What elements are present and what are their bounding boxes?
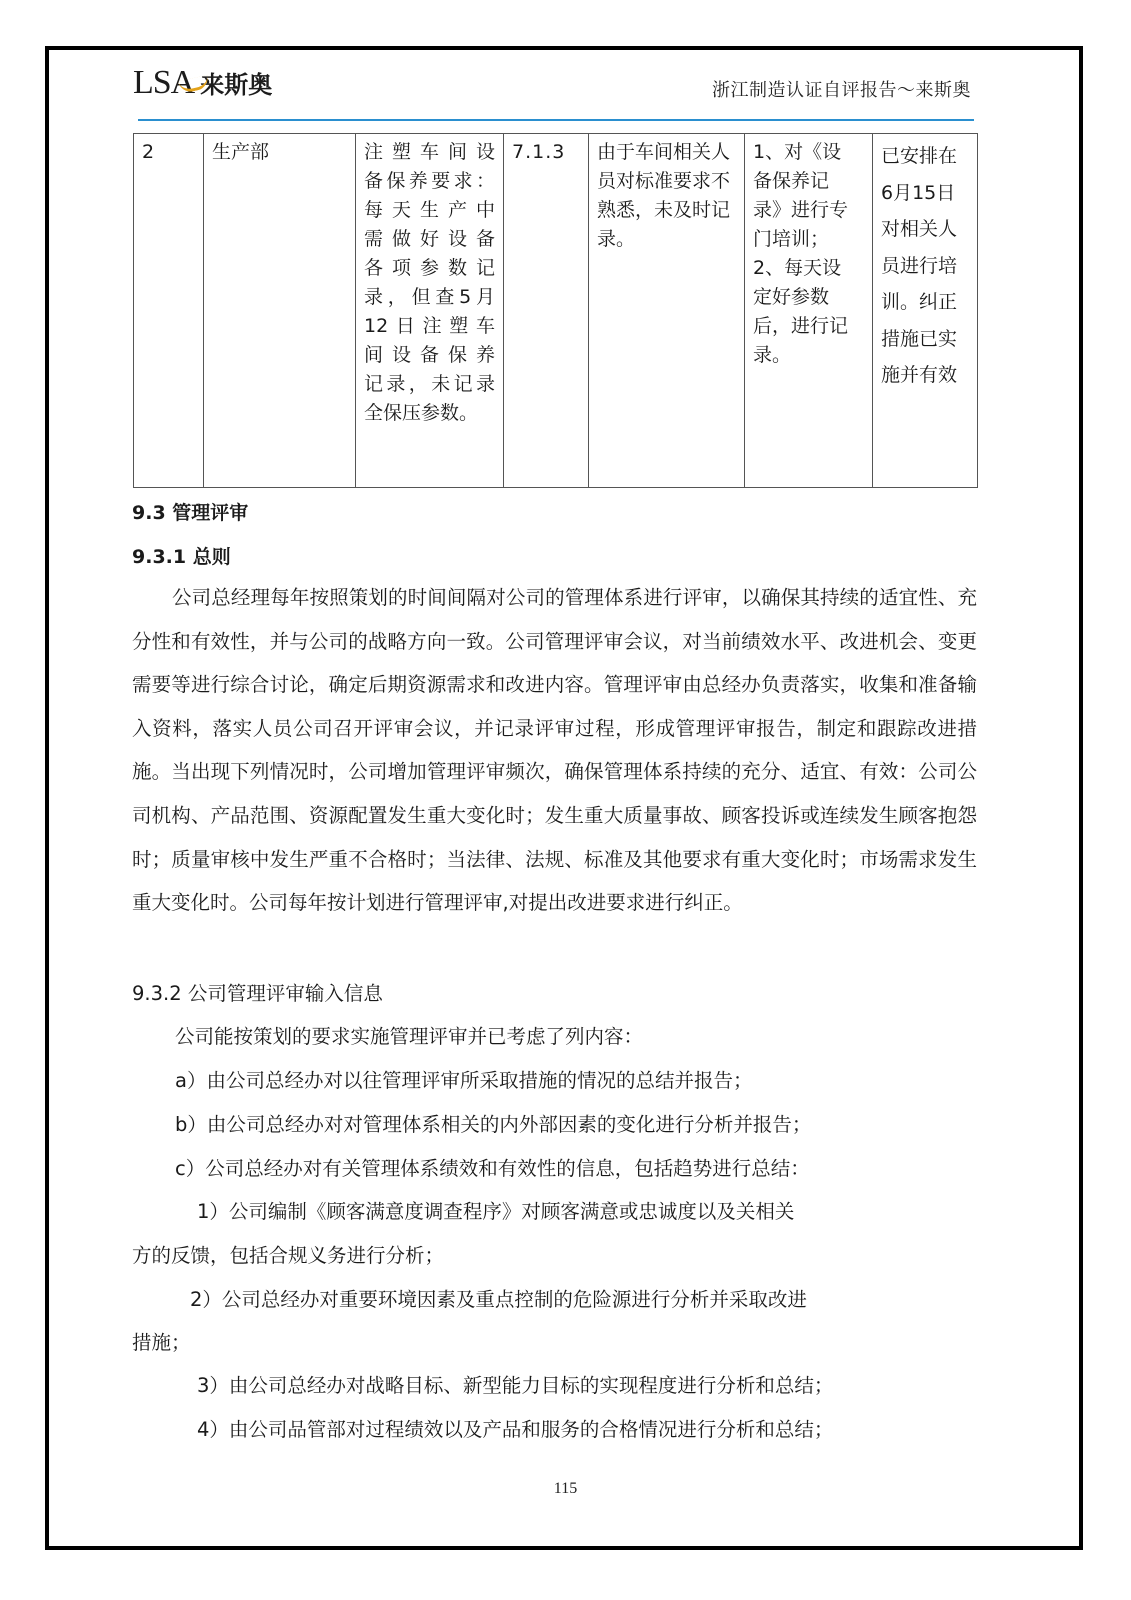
- page-number: 115: [0, 1480, 1131, 1498]
- finding-line: 备保养要求：: [364, 167, 495, 196]
- list-item-b: b）由公司总经办对对管理体系相关的内外部因素的变化进行分析并报告；: [175, 1109, 811, 1137]
- action-line: 录》进行专: [753, 196, 864, 225]
- finding-line: 全保压参数。: [364, 399, 495, 428]
- cell-number: 2: [134, 134, 204, 488]
- list-item-c3: 3）由公司总经办对战略目标、新型能力目标的实现程度进行分析和总结；: [197, 1370, 833, 1398]
- finding-line: 需做好设备: [364, 225, 495, 254]
- section-heading-9-3-2: 9.3.2 公司管理评审输入信息: [132, 978, 383, 1006]
- cell-clause: 7.1.3: [504, 134, 589, 488]
- list-item-c2-continued: 措施；: [132, 1327, 191, 1355]
- action-line: 后，进行记: [753, 312, 864, 341]
- action-line: 2、每天设: [753, 254, 864, 283]
- general-paragraph: 公司总经理每年按照策划的时间间隔对公司的管理体系进行评审，以确保其持续的适宜性、…: [132, 576, 977, 925]
- report-header-title: 浙江制造认证自评报告～来斯奥: [712, 76, 971, 102]
- cell-cause: 由于车间相关人员对标准要求不熟悉，未及时记录。: [589, 134, 745, 488]
- list-item-c1: 1）公司编制《顾客满意度调查程序》对顾客满意或忠诚度以及关相关: [197, 1196, 794, 1224]
- finding-line: 12日注塑车: [364, 312, 495, 341]
- company-logo: LSA 来斯奥: [133, 60, 272, 100]
- inputs-intro: 公司能按策划的要求实施管理评审并已考虑了列内容：: [175, 1021, 643, 1049]
- list-item-a: a）由公司总经办对以往管理评审所采取措施的情况的总结并报告；: [175, 1065, 752, 1093]
- finding-line: 每天生产中: [364, 196, 495, 225]
- list-item-c2: 2）公司总经办对重要环境因素及重点控制的危险源进行分析并采取改进: [190, 1284, 807, 1312]
- section-heading-9-3: 9.3 管理评审: [132, 498, 248, 525]
- action-line: 备保养记: [753, 167, 864, 196]
- nonconformity-table: 2 生产部 注塑车间设 备保养要求： 每天生产中 需做好设备 各项参数记 录，但…: [133, 133, 978, 488]
- list-item-c1-continued: 方的反馈，包括合规义务进行分析；: [132, 1240, 444, 1268]
- finding-line: 记录，未记录: [364, 370, 495, 399]
- section-heading-9-3-1: 9.3.1 总则: [132, 542, 231, 569]
- list-item-c4: 4）由公司品管部对过程绩效以及产品和服务的合格情况进行分析和总结；: [197, 1414, 833, 1442]
- action-line: 1、对《设: [753, 138, 864, 167]
- cell-finding: 注塑车间设 备保养要求： 每天生产中 需做好设备 各项参数记 录，但查5月 12…: [356, 134, 504, 488]
- list-item-c: c）公司总经办对有关管理体系绩效和有效性的信息，包括趋势进行总结：: [175, 1153, 810, 1181]
- table-row: 2 生产部 注塑车间设 备保养要求： 每天生产中 需做好设备 各项参数记 录，但…: [134, 134, 978, 488]
- logo-chinese-name: 来斯奥: [200, 71, 272, 100]
- action-line: 录。: [753, 341, 864, 370]
- cell-corrective-action: 1、对《设 备保养记 录》进行专 门培训； 2、每天设 定好参数 后，进行记 录…: [745, 134, 873, 488]
- cell-status: 已安排在6月15日对相关人员进行培训。纠正措施已实施并有效: [873, 134, 978, 488]
- finding-line: 注塑车间设: [364, 138, 495, 167]
- finding-line: 各项参数记: [364, 254, 495, 283]
- finding-line: 录，但查5月: [364, 283, 495, 312]
- header-divider: [138, 119, 974, 121]
- finding-line: 间设备保养: [364, 341, 495, 370]
- action-line: 定好参数: [753, 283, 864, 312]
- action-line: 门培训；: [753, 225, 864, 254]
- cell-department: 生产部: [204, 134, 356, 488]
